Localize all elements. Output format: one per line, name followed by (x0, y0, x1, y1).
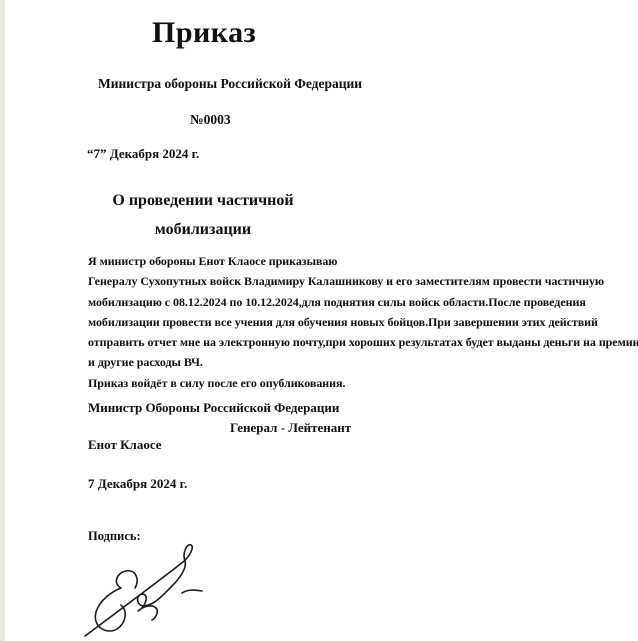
order-body-line: Генералу Сухопутных войск Владимиру Кала… (88, 271, 638, 291)
subject-heading-line-1: О проведении частичной (88, 186, 318, 215)
document-title: Приказ (152, 16, 256, 50)
issuer-line: Министра обороны Российской Федерации (98, 76, 362, 92)
order-body-line: мобилизацию с 08.12.2024 по 10.12.2024,д… (88, 292, 638, 312)
issue-date-line: “7” Декабря 2024 г. (87, 146, 199, 162)
signature-dash-stroke (182, 590, 202, 593)
handwritten-signature (83, 540, 218, 640)
order-body-line: мобилизации провести все учения для обуч… (88, 312, 638, 332)
order-body: Я министр обороны Енот Клаосе приказываю… (88, 251, 638, 393)
signer-name: Енот Клаосе (88, 437, 162, 453)
subject-heading: О проведении частичной мобилизации (88, 186, 318, 244)
signature-main-stroke (85, 545, 192, 636)
order-body-line: и другие расходы ВЧ. (88, 352, 638, 372)
order-number: №0003 (190, 112, 231, 128)
signer-rank: Генерал - Лейтенант (230, 420, 351, 436)
order-document-page: Приказ Министра обороны Российской Федер… (0, 0, 638, 641)
order-body-line: Приказ войдёт в силу после его опубликов… (88, 373, 638, 393)
order-body-line: Я министр обороны Енот Клаосе приказываю (88, 251, 638, 271)
signing-date: 7 Декабря 2024 г. (88, 476, 187, 492)
page-edge-strip (0, 0, 5, 641)
signer-position: Министр Обороны Российской Федерации (88, 400, 339, 416)
subject-heading-line-2: мобилизации (88, 215, 318, 244)
order-body-line: отправить отчет мне на электронную почту… (88, 332, 638, 352)
